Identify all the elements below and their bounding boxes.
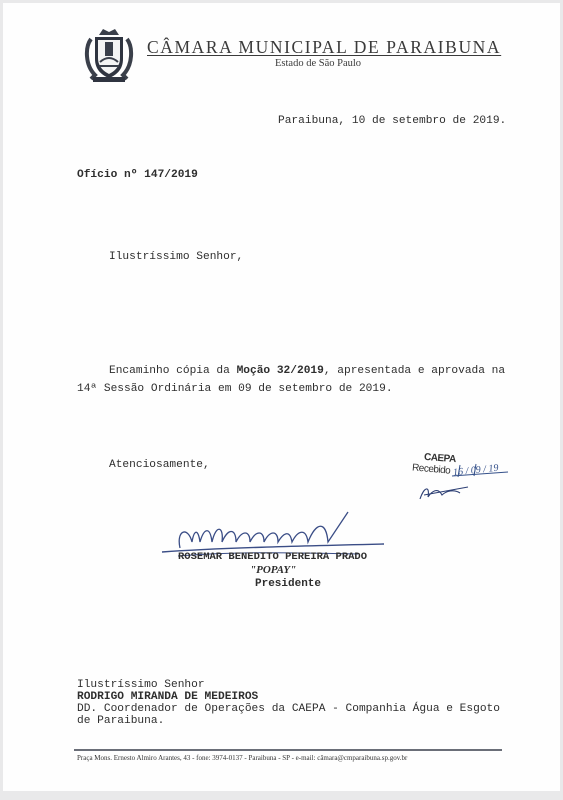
organization-name: CÂMARA MUNICIPAL DE PARAIBUNA bbox=[147, 37, 501, 58]
letter-page: CÂMARA MUNICIPAL DE PARAIBUNA Estado de … bbox=[3, 3, 560, 791]
letter-body-line-1: Encaminho cópia da Moção 32/2019, aprese… bbox=[109, 365, 505, 377]
body-text: , apresentada e aprovada na bbox=[324, 365, 505, 377]
recipient-title-line-2: de Paraibuna. bbox=[77, 715, 164, 727]
letter-salutation: Ilustríssimo Senhor, bbox=[109, 251, 243, 263]
recipient-name: RODRIGO MIRANDA DE MEDEIROS bbox=[77, 691, 258, 703]
footer-contact: Praça Mons. Ernesto Almiro Arantes, 43 -… bbox=[77, 754, 407, 762]
signatory-nickname: "POPAY" bbox=[250, 564, 296, 576]
letter-reference: Ofício nº 147/2019 bbox=[77, 169, 198, 181]
letter-closing: Atenciosamente, bbox=[109, 459, 210, 471]
letter-date: Paraibuna, 10 de setembro de 2019. bbox=[278, 115, 506, 127]
footer-divider bbox=[74, 749, 502, 751]
signatory-role: Presidente bbox=[255, 578, 321, 590]
body-text: Encaminho cópia da bbox=[109, 365, 237, 377]
recipient-title-line-1: DD. Coordenador de Operações da CAEPA - … bbox=[77, 703, 500, 715]
recipient-greeting: Ilustríssimo Senhor bbox=[77, 679, 205, 691]
motion-reference: Moção 32/2019 bbox=[237, 365, 324, 377]
signatory-name: ROSEMAR BENEDITO PEREIRA PRADO bbox=[178, 551, 367, 563]
organization-state: Estado de São Paulo bbox=[275, 58, 361, 69]
municipal-coat-of-arms-icon bbox=[81, 25, 137, 83]
letter-body-line-2: 14ª Sessão Ordinária em 09 de setembro d… bbox=[77, 383, 393, 395]
